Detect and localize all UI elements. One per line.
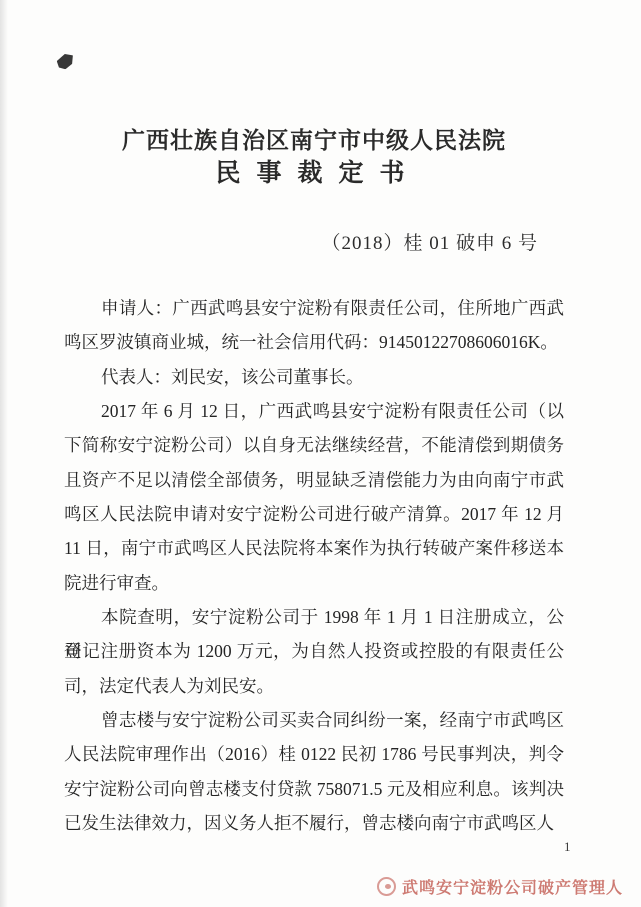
text-line: 鸣区罗波镇商业城，统一社会信用代码：91450122708606016K。 (64, 325, 564, 359)
text-line: 申请人：广西武鸣县安宁淀粉有限责任公司，住所地广西武 (64, 291, 564, 325)
text-line: 鸣区人民法院申请对安宁淀粉公司进行破产清算。2017 年 12 月 (64, 497, 564, 531)
text-line: 代表人：刘民安，该公司董事长。 (64, 360, 564, 394)
text-line: 本院查明，安宁淀粉公司于 1998 年 1 月 1 日注册成立，公司 (64, 600, 564, 634)
case-number: （2018）桂 01 破申 6 号 (64, 228, 538, 255)
administrator-watermark-label: 武鸣安宁淀粉公司破产管理人 (402, 875, 623, 898)
text-line: 下简称安宁淀粉公司）以自身无法继续经营，不能清偿到期债务 (64, 428, 564, 462)
ink-speck-mark (56, 52, 76, 70)
ruling-body-text: 申请人：广西武鸣县安宁淀粉有限责任公司，住所地广西武鸣区罗波镇商业城，统一社会信… (64, 291, 564, 841)
text-line: 登记注册资本为 1200 万元，为自然人投资或控股的有限责任公 (64, 634, 564, 668)
text-line: 司，法定代表人为刘民安。 (64, 669, 564, 703)
text-line: 2017 年 6 月 12 日，广西武鸣县安宁淀粉有限责任公司（以 (64, 394, 564, 428)
text-line: 已发生法律效力，因义务人拒不履行，曾志楼向南宁市武鸣区人 (64, 806, 564, 840)
text-line: 院进行审查。 (64, 566, 564, 600)
administrator-logo-icon (377, 877, 396, 896)
scan-edge-shadow (0, 0, 8, 907)
text-line: 人民法院审理作出（2016）桂 0122 民初 1786 号民事判决，判令 (64, 737, 564, 771)
text-line: 11 日，南宁市武鸣区人民法院将本案作为执行转破产案件移送本 (64, 531, 564, 565)
bankruptcy-administrator-watermark: 武鸣安宁淀粉公司破产管理人 (377, 875, 623, 898)
text-line: 曾志楼与安宁淀粉公司买卖合同纠纷一案，经南宁市武鸣区 (64, 703, 564, 737)
text-line: 安宁淀粉公司向曾志楼支付贷款 758071.5 元及相应利息。该判决 (64, 772, 564, 806)
scanned-court-document: 广西壮族自治区南宁市中级人民法院 民事裁定书 （2018）桂 01 破申 6 号… (0, 0, 641, 907)
text-line: 且资产不足以清偿全部债务，明显缺乏清偿能力为由向南宁市武 (64, 463, 564, 497)
document-title-heading: 民事裁定书 (64, 153, 564, 189)
page-number: 1 (564, 839, 571, 855)
court-name-heading: 广西壮族自治区南宁市中级人民法院 (64, 122, 564, 155)
